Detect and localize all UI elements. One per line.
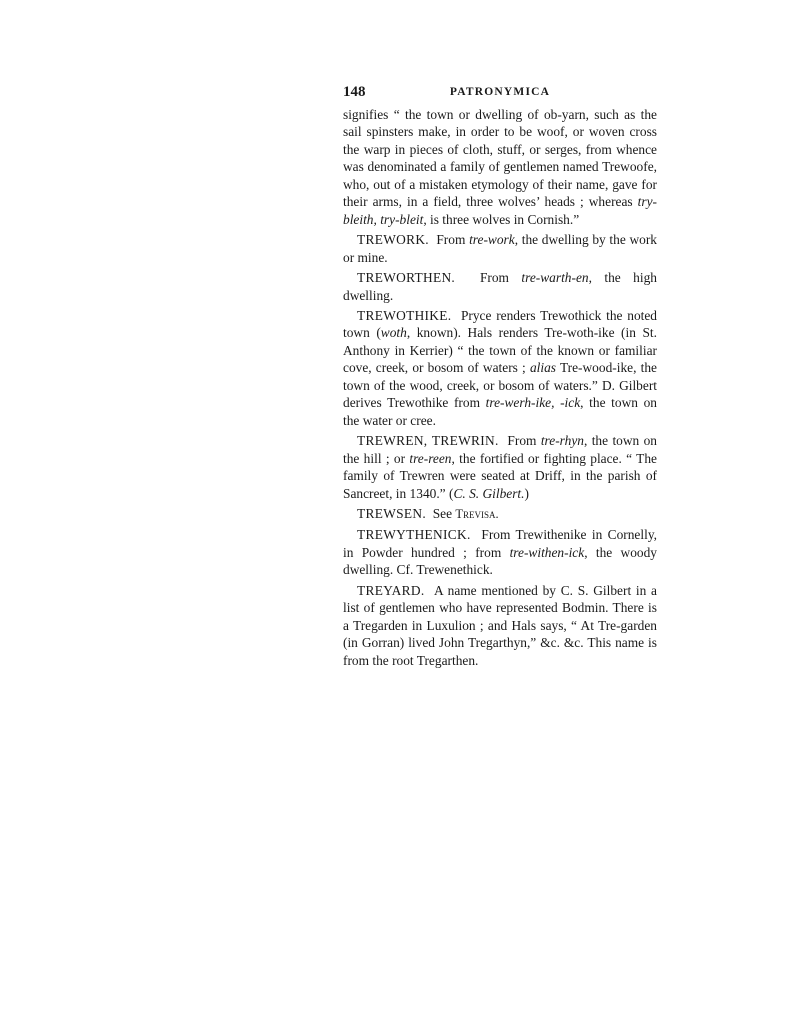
cross-reference: Trevisa. [455, 507, 498, 521]
entry-headword: TREWORTHEN. [357, 270, 455, 285]
italic-term: tre-werh-ike, -ick [486, 395, 581, 410]
entry-headword: TREWYTHENICK. [357, 527, 471, 542]
italic-term: tre-withen-ick [510, 545, 585, 560]
dictionary-entry: TREWOTHIKE. Pryce renders Trewothick the… [343, 307, 657, 429]
dictionary-entry: TREWORK. From tre-work, the dwelling by … [343, 231, 657, 266]
continuation-paragraph: signifies “ the town or dwelling of ob-y… [343, 106, 657, 228]
entry-headword: TREYARD. [357, 583, 425, 598]
italic-term: C. S. Gilbert. [453, 486, 524, 501]
dictionary-entry: TREWSEN. See Trevisa. [343, 505, 657, 523]
dictionary-entry: TREWREN, TREWRIN. From tre-rhyn, the tow… [343, 432, 657, 502]
italic-term: tre-reen [409, 451, 451, 466]
body-text: signifies “ the town or dwelling of ob-y… [343, 106, 657, 669]
italic-term: tre-rhyn [541, 433, 584, 448]
dictionary-entry: TREWORTHEN. From tre-warth-en, the high … [343, 269, 657, 304]
italic-term: woth [381, 325, 407, 340]
book-page: 148 PATRONYMICA signifies “ the town or … [343, 84, 657, 669]
italic-term: try-bleith, try-bleit [343, 194, 657, 226]
italic-term: tre-warth-en [521, 270, 588, 285]
entry-headword: TREWREN, TREWRIN. [357, 433, 499, 448]
entry-list: TREWORK. From tre-work, the dwelling by … [343, 231, 657, 669]
italic-term: alias [530, 360, 556, 375]
running-title: PATRONYMICA [343, 86, 657, 98]
italic-term: tre-work [469, 232, 515, 247]
dictionary-entry: TREYARD. A name mentioned by C. S. Gilbe… [343, 582, 657, 669]
entry-headword: TREWSEN. [357, 506, 426, 521]
entry-headword: TREWOTHIKE. [357, 308, 451, 323]
entry-headword: TREWORK. [357, 232, 429, 247]
running-head: 148 PATRONYMICA [343, 84, 657, 106]
dictionary-entry: TREWYTHENICK. From Trewithenike in Corne… [343, 526, 657, 578]
